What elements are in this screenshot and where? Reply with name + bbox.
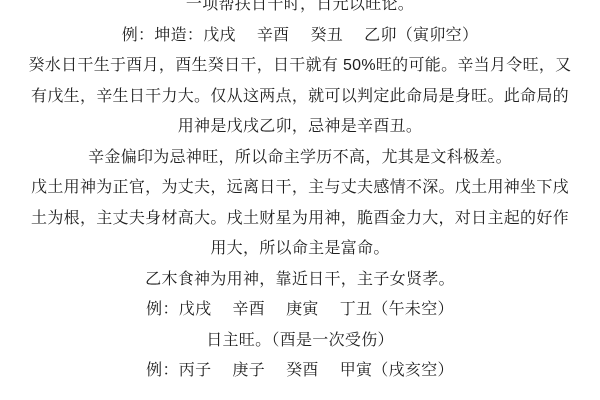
document-page: 一项帮扶日干时，日元以旺论。 例：坤造：戊戌 辛酉 癸丑 乙卯（寅卯空） 癸水日… <box>0 0 600 387</box>
example2-day-master-line: 日主旺。（酉是一次受伤） <box>0 326 600 357</box>
example1-yongshen-jishen-line: 用神是戊戌乙卯，忌神是辛酉丑。 <box>0 112 600 143</box>
example1-analysis-line-2: 有戊生，辛生日干力大。仅从这两点，就可以判定此命局是身旺。此命局的 <box>0 82 600 113</box>
yi-wood-shishen-line: 乙木食神为用神，靠近日干，主子女贤孝。 <box>0 265 600 296</box>
wu-earth-zhengguan-line-1: 戊土用神为正官，为丈夫，远离日干，主与丈夫感情不深。戊土用神坐下戌 <box>0 173 600 204</box>
wealth-conclusion-line: 用大，所以命主是富命。 <box>0 234 600 265</box>
example3-pillars-line: 例：丙子 庚子 癸酉 甲寅（戌亥空） <box>0 356 600 387</box>
xin-metal-pianyin-line: 辛金偏印为忌神旺，所以命主学历不高，尤其是文科极差。 <box>0 143 600 174</box>
example2-pillars-line: 例：戊戌 辛酉 庚寅 丁丑（午未空） <box>0 295 600 326</box>
intro-conclusion-line: 一项帮扶日干时，日元以旺论。 <box>0 0 600 21</box>
example1-kunzao-pillars-line: 例：坤造：戊戌 辛酉 癸丑 乙卯（寅卯空） <box>0 21 600 52</box>
wu-earth-zhengguan-line-2: 土为根，主丈夫身材高大。戌土财星为用神，脆酉金力大，对日主起的好作 <box>0 204 600 235</box>
example1-analysis-line-1: 癸水日干生于酉月，酉生癸日干，日干就有 50%旺的可能。辛当月令旺，又 <box>0 51 600 82</box>
